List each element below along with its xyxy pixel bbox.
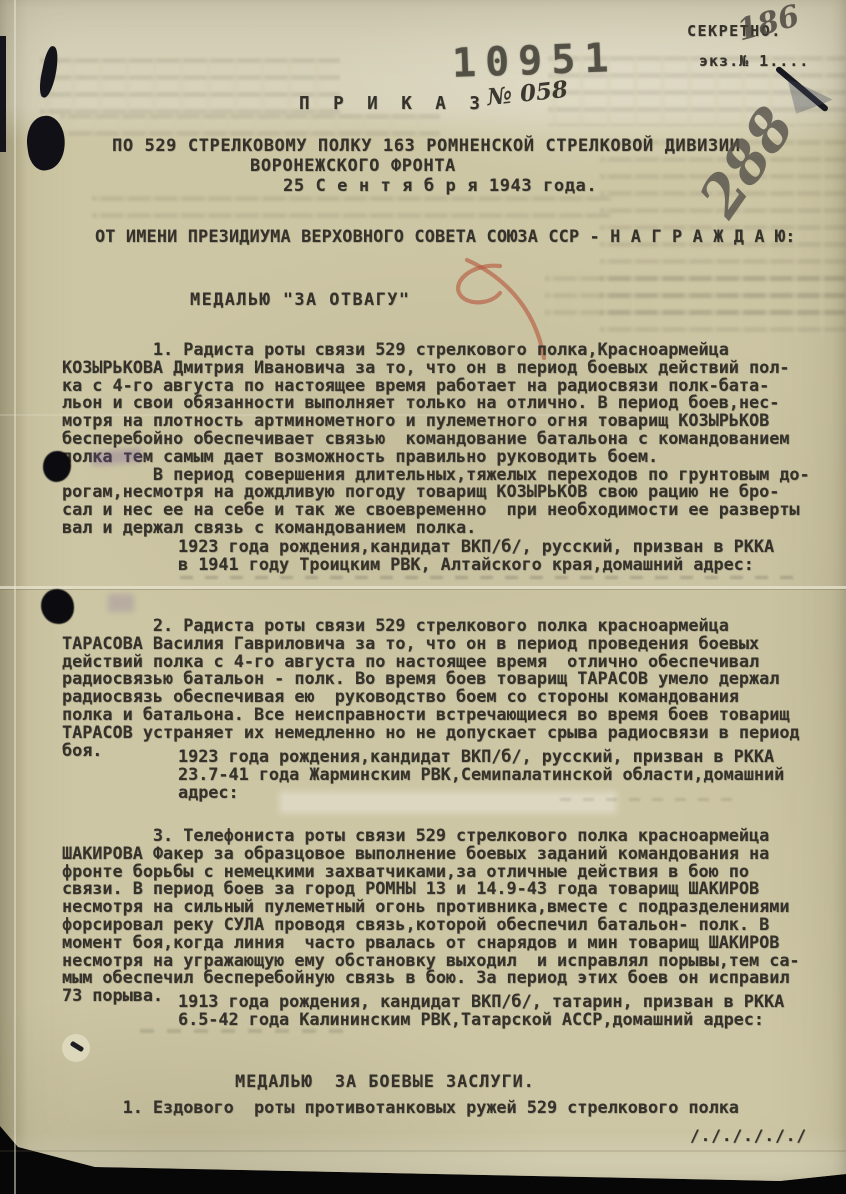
order-title: П Р И К А З: [299, 94, 486, 114]
order-front-line: ВОРОНЕЖСКОГО ФРОНТА: [250, 156, 456, 176]
entry-3-text: 3. Телефониста роты связи 529 стрелковог…: [62, 827, 800, 1005]
scanned-order-page: СЕКРЕТНО. 186 экз.№ 1.... 10951 П Р И К …: [0, 0, 846, 1194]
entry-1-bio: 1923 года рождения,кандидат ВКП/б/, русс…: [178, 538, 774, 574]
entry-1-text: 1. Радиста роты связи 529 стрелкового по…: [62, 341, 810, 537]
entry-3-bio: 1913 года рождения, кандидат ВКП/б/, тат…: [178, 993, 784, 1029]
section-heading-medal-for-courage: МЕДАЛЬЮ "ЗА ОТВАГУ": [190, 289, 410, 309]
order-unit-line: ПО 529 СТРЕЛКОВОМУ ПОЛКУ 163 РОМНЕНСКОЙ …: [112, 136, 740, 156]
entry-2-bio: 1923 года рождения,кандидат ВКП/б/, русс…: [178, 748, 784, 801]
copy-number-label: экз.№ 1....: [699, 52, 809, 70]
page-footer-mark: /./././././: [690, 1126, 807, 1145]
entry-2-text: 2. Радиста роты связи 529 стрелкового по…: [62, 617, 800, 759]
section-heading-medal-for-merit: МЕДАЛЬЮ ЗА БОЕВЫЕ ЗАСЛУГИ.: [235, 1071, 535, 1091]
award-preamble: ОТ ИМЕНИ ПРЕЗИДИУМА ВЕРХОВНОГО СОВЕТА СО…: [95, 226, 796, 246]
merit-entry-1-text: 1. Ездового роты противотанковых ружей 5…: [62, 1099, 739, 1117]
order-date-line: 25 С е н т я б р я 1943 года.: [283, 176, 597, 196]
